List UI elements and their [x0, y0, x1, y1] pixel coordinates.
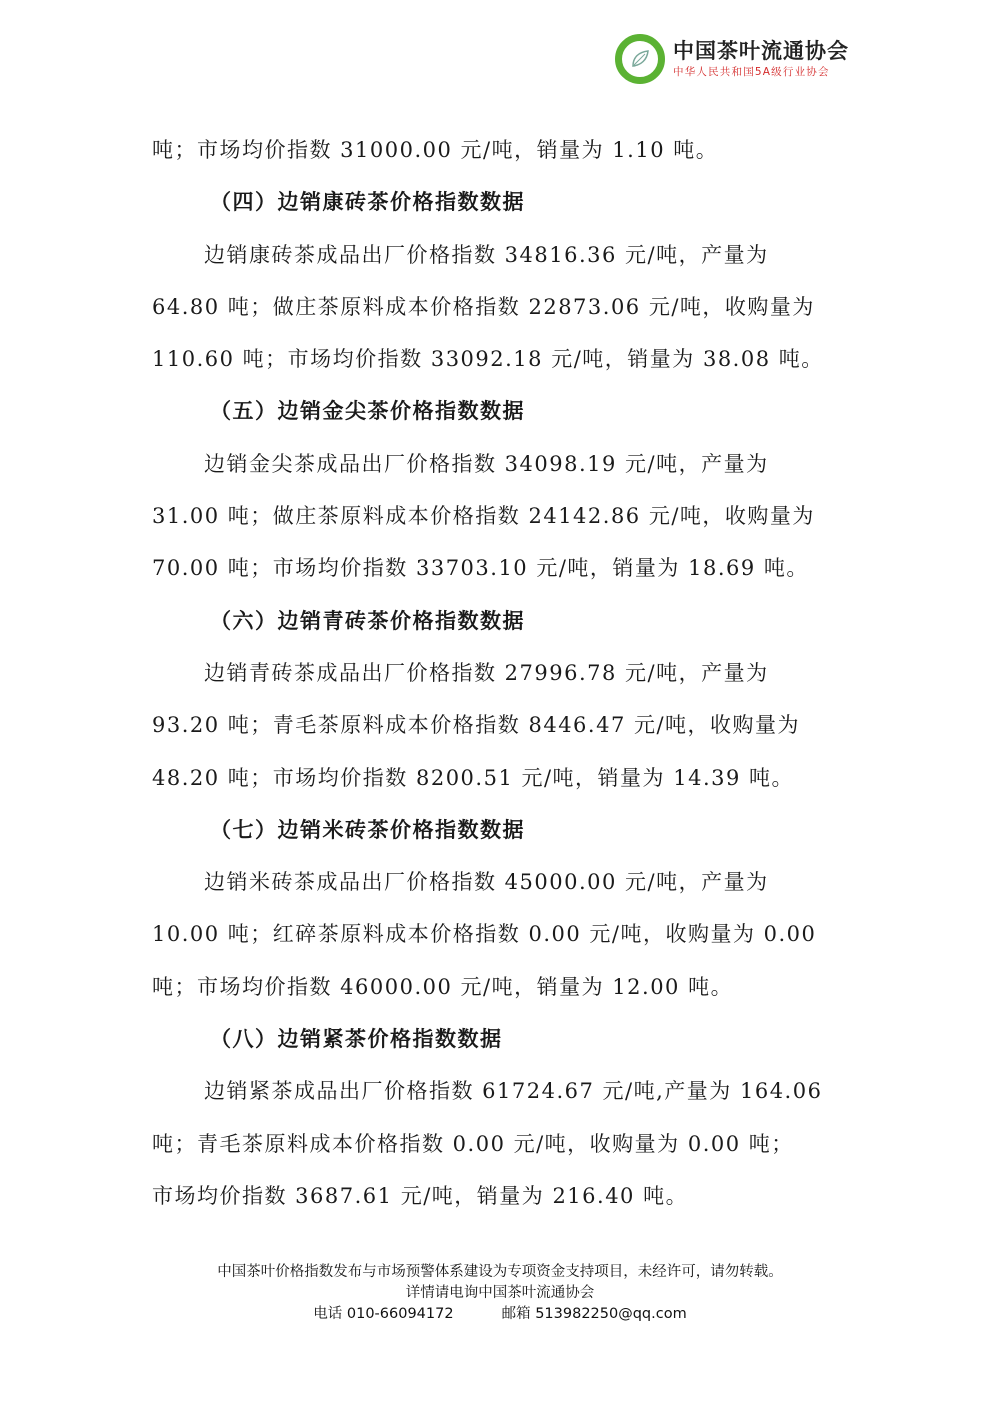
copyright-notice: 中国茶叶价格指数发布与市场预警体系建设为专项资金支持项目，未经许可，请勿转载。	[0, 1262, 1000, 1283]
page-footer: 中国茶叶价格指数发布与市场预警体系建设为专项资金支持项目，未经许可，请勿转载。 …	[0, 1262, 1000, 1325]
paragraph-line: 边销米砖茶成品出厂价格指数 45000.00 元/吨，产量为	[152, 856, 852, 908]
section-heading-6: （六）边销青砖茶价格指数数据	[152, 595, 852, 647]
org-logo: 中国茶叶流通协会 中华人民共和国5A级行业协会	[615, 34, 849, 84]
paragraph-line: 64.80 吨；做庄茶原料成本价格指数 22873.06 元/吨，收购量为	[152, 281, 852, 333]
paragraph-line: 93.20 吨；青毛茶原料成本价格指数 8446.47 元/吨，收购量为	[152, 699, 852, 751]
tea-leaf-circle-icon	[615, 34, 665, 84]
email-address: 邮箱 513982250@qq.com	[502, 1304, 687, 1325]
inquiry-text: 详情请电询中国茶叶流通协会	[0, 1283, 1000, 1304]
document-body: 吨；市场均价指数 31000.00 元/吨，销量为 1.10 吨。 （四）边销康…	[152, 124, 852, 1222]
section-heading-8: （八）边销紧茶价格指数数据	[152, 1013, 852, 1065]
section-heading-7: （七）边销米砖茶价格指数数据	[152, 804, 852, 856]
org-name: 中国茶叶流通协会	[673, 39, 849, 63]
org-subtitle: 中华人民共和国5A级行业协会	[673, 65, 849, 79]
section-heading-5: （五）边销金尖茶价格指数数据	[152, 385, 852, 437]
paragraph-line: 边销康砖茶成品出厂价格指数 34816.36 元/吨，产量为	[152, 229, 852, 281]
paragraph-line: 边销青砖茶成品出厂价格指数 27996.78 元/吨，产量为	[152, 647, 852, 699]
paragraph-line: 31.00 吨；做庄茶原料成本价格指数 24142.86 元/吨，收购量为	[152, 490, 852, 542]
paragraph-line: 48.20 吨；市场均价指数 8200.51 元/吨，销量为 14.39 吨。	[152, 752, 852, 804]
paragraph-line: 吨；青毛茶原料成本价格指数 0.00 元/吨，收购量为 0.00 吨；	[152, 1118, 852, 1170]
paragraph-line: 10.00 吨；红碎茶原料成本价格指数 0.00 元/吨，收购量为 0.00	[152, 908, 852, 960]
paragraph-line: 市场均价指数 3687.61 元/吨，销量为 216.40 吨。	[152, 1170, 852, 1222]
paragraph-line: 吨；市场均价指数 31000.00 元/吨，销量为 1.10 吨。	[152, 124, 852, 176]
contact-info: 电话 010-66094172邮箱 513982250@qq.com	[0, 1304, 1000, 1325]
section-heading-4: （四）边销康砖茶价格指数数据	[152, 176, 852, 228]
paragraph-line: 边销紧茶成品出厂价格指数 61724.67 元/吨,产量为 164.06	[152, 1065, 852, 1117]
paragraph-line: 边销金尖茶成品出厂价格指数 34098.19 元/吨，产量为	[152, 438, 852, 490]
paragraph-line: 110.60 吨；市场均价指数 33092.18 元/吨，销量为 38.08 吨…	[152, 333, 852, 385]
paragraph-line: 70.00 吨；市场均价指数 33703.10 元/吨，销量为 18.69 吨。	[152, 542, 852, 594]
phone-number: 电话 010-66094172	[313, 1304, 453, 1325]
paragraph-line: 吨；市场均价指数 46000.00 元/吨，销量为 12.00 吨。	[152, 961, 852, 1013]
